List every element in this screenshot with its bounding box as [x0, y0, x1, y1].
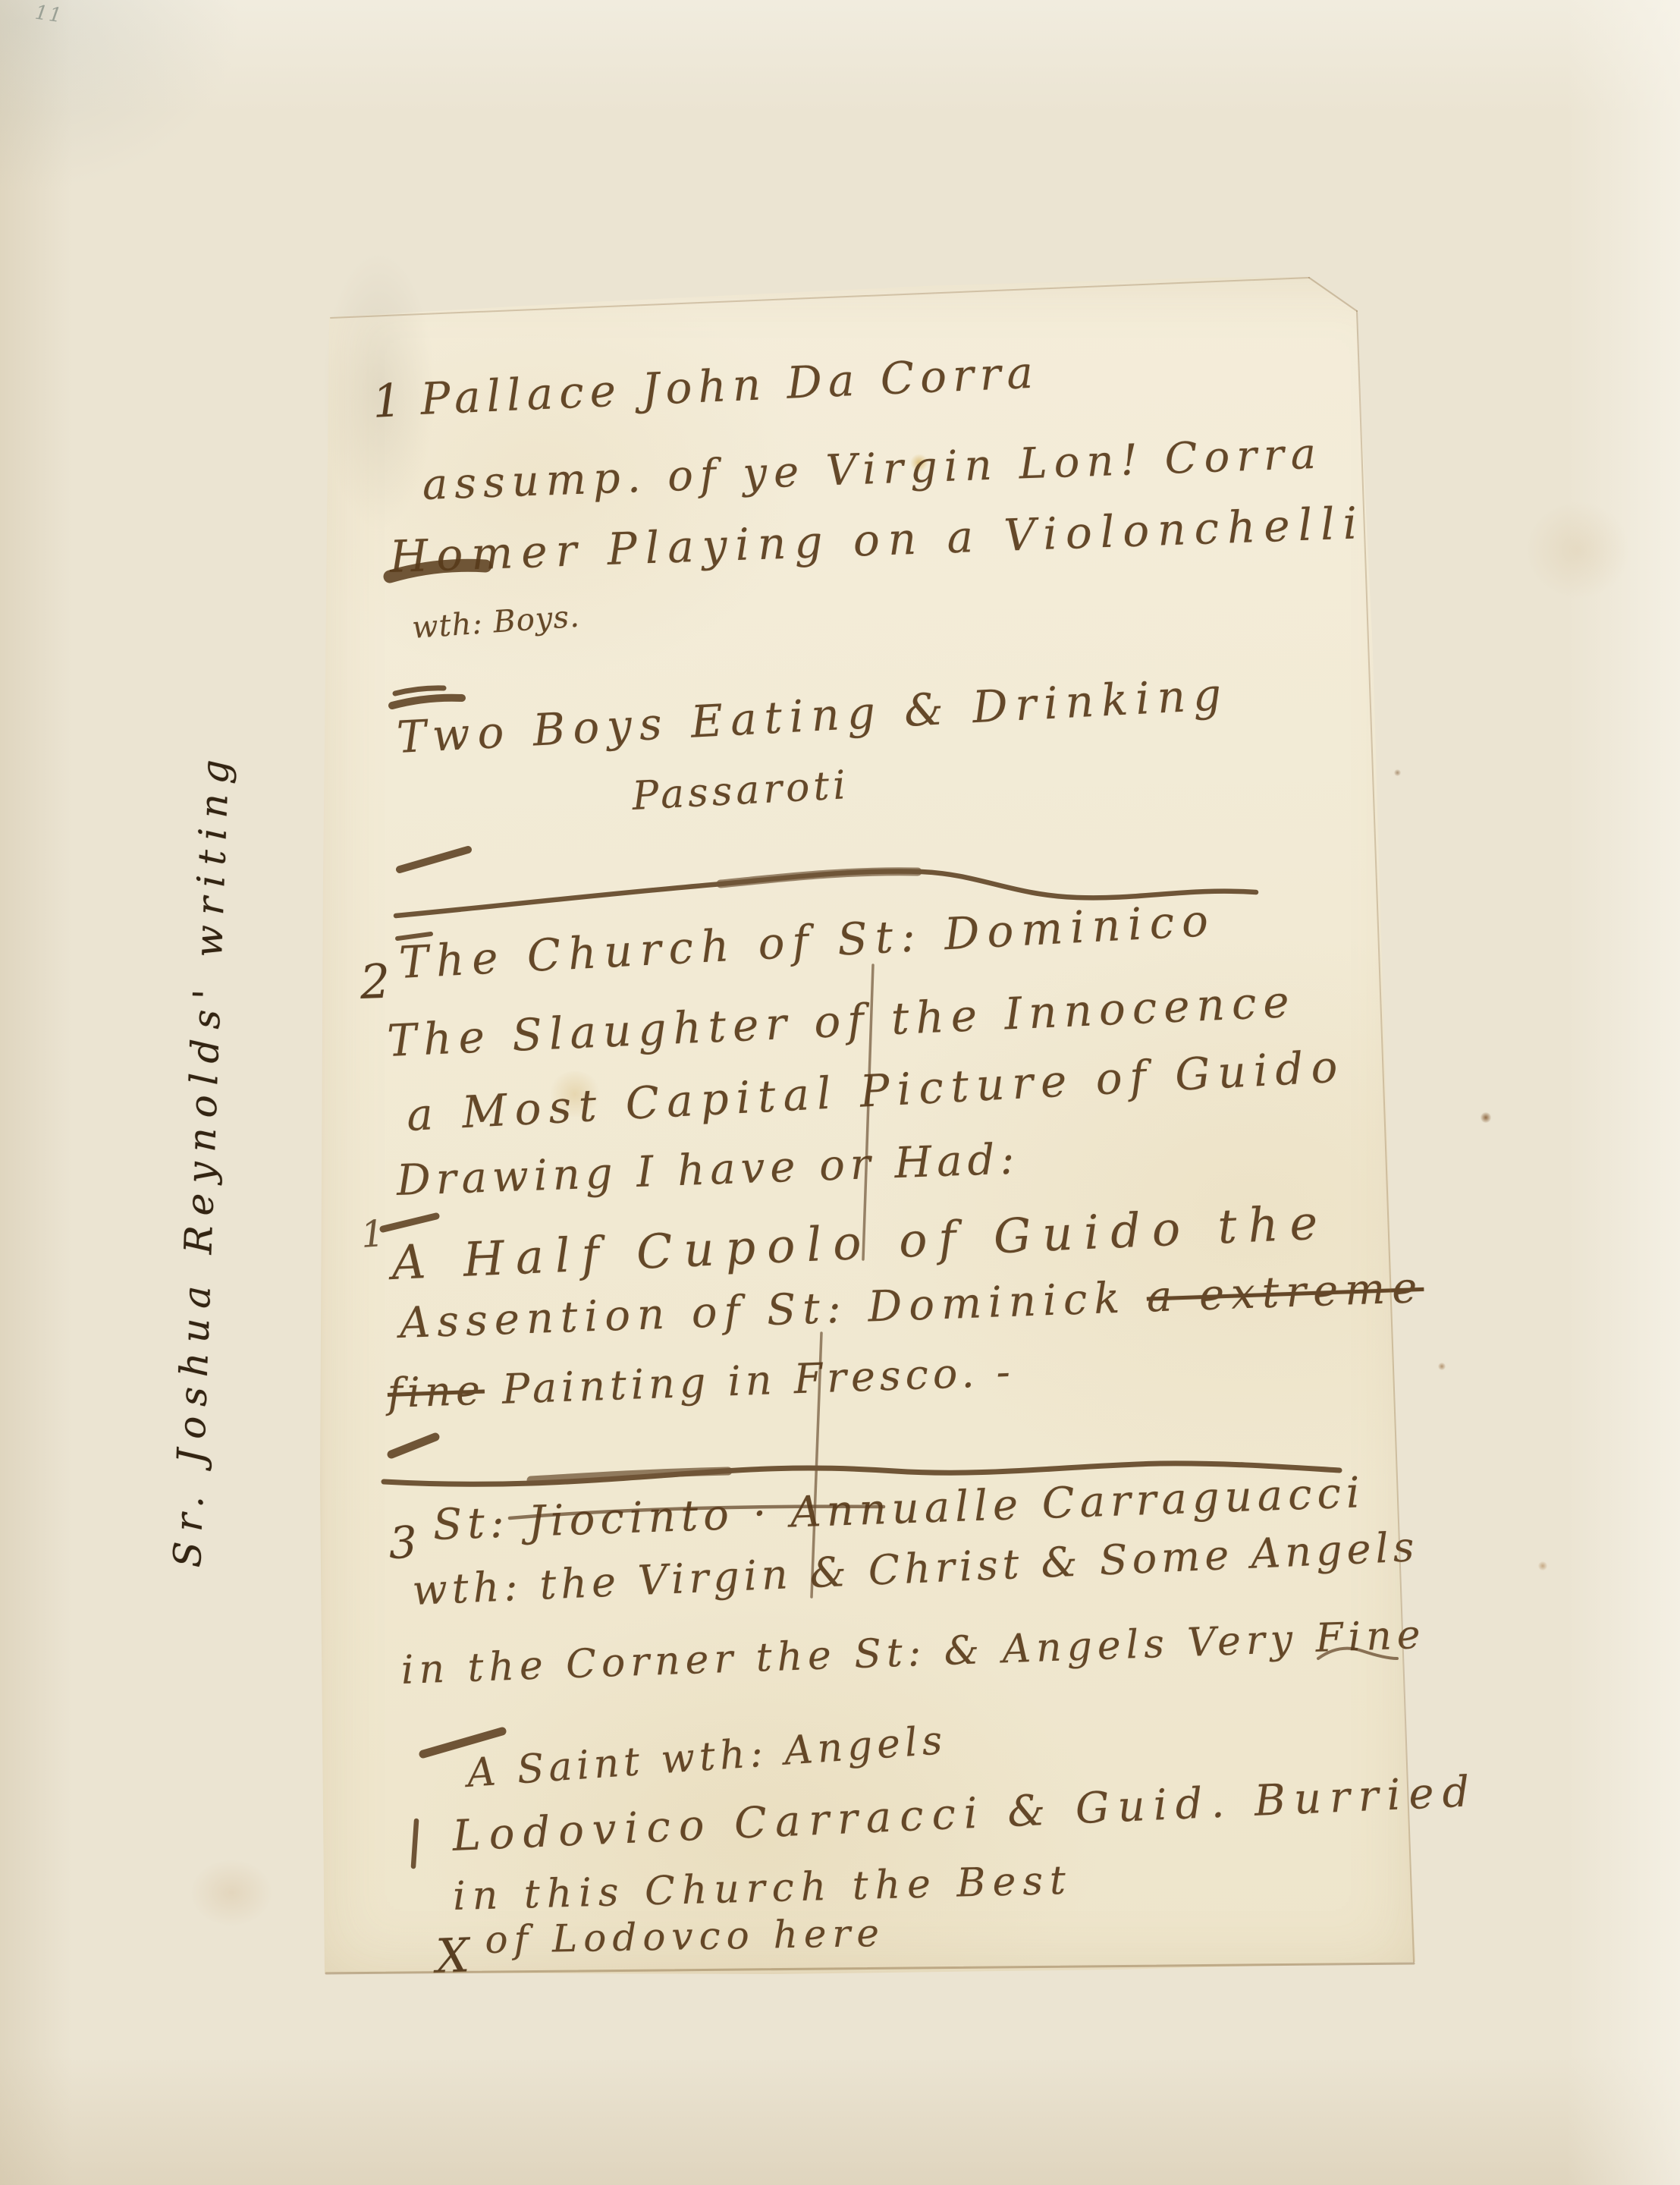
struck-text: a extreme: [1146, 1263, 1425, 1322]
foxing-patch: [190, 1859, 273, 1927]
fox-speck: [1438, 1363, 1446, 1370]
margin-x-mark: X: [435, 1928, 470, 1984]
fox-speck: [1481, 1112, 1491, 1123]
margin-number: 1: [360, 1212, 385, 1256]
struck-text: fine: [387, 1366, 485, 1417]
foxing-patch: [1525, 501, 1631, 599]
fox-speck: [1538, 1561, 1547, 1570]
entry-number: 1: [371, 374, 403, 429]
manuscript-line: of Lodovco here: [485, 1911, 885, 1962]
backing-sheet: 11 Sr. Joshua Reynolds' writing 1 Pallac…: [0, 0, 1680, 2185]
vertical-annotation: Sr. Joshua Reynolds' writing: [165, 749, 238, 1568]
pencil-folio-number: 11: [33, 2, 64, 28]
entry-number: 2: [359, 954, 391, 1010]
fox-speck: [1394, 769, 1401, 776]
entry-number: 3: [388, 1517, 418, 1569]
